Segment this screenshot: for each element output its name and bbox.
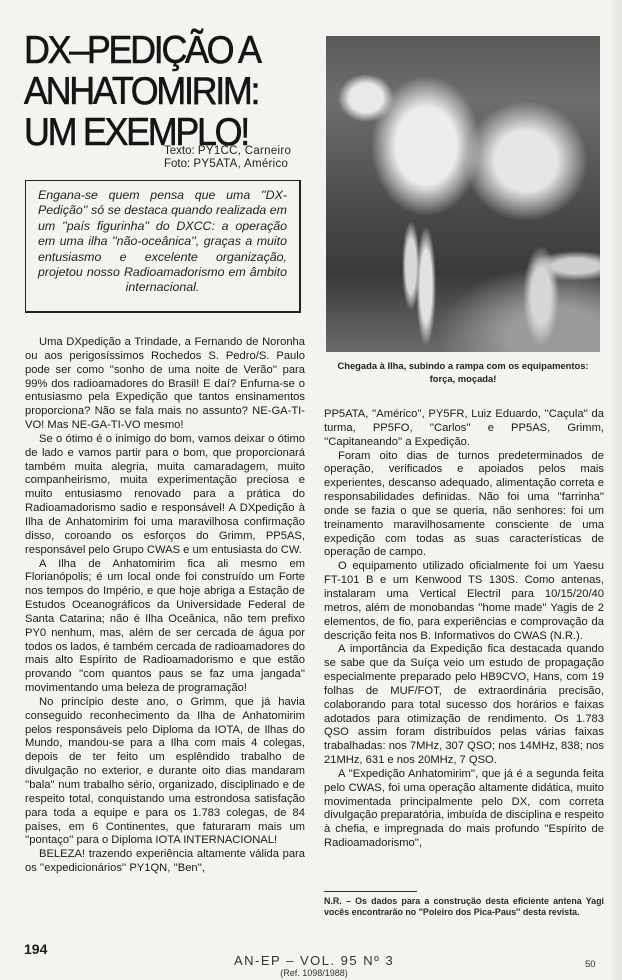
- photo-credit: Foto: PY5ATA, Américo: [164, 158, 306, 171]
- paragraph: Foram oito dias de turnos predeterminado…: [324, 450, 604, 561]
- page-number-left: 194: [24, 941, 47, 957]
- footnote-divider: [324, 891, 417, 892]
- paragraph: BELEZA! trazendo experiência altamente v…: [25, 848, 305, 876]
- paragraph: Se o ótimo é o inimigo do bom, vamos dei…: [25, 433, 305, 558]
- article-credits: Texto: PY1CC, Carneiro Foto: PY5ATA, Amé…: [164, 145, 306, 171]
- paragraph-continuation: PP5ATA, ''Américo'', PY5FR, Luiz Eduardo…: [324, 408, 604, 450]
- lead-box: Engana-se quem pensa que uma ''DX-Pediçã…: [25, 180, 301, 313]
- paragraph: No princípio deste ano, o Grimm, que já …: [25, 696, 305, 848]
- photo-credit-author: PY5ATA, Américo: [193, 158, 288, 170]
- paragraph: Uma DXpedição a Trindade, a Fernando de …: [25, 336, 305, 433]
- photo-credit-label: Foto:: [164, 158, 190, 170]
- left-column: Uma DXpedição a Trindade, a Fernando de …: [25, 336, 305, 876]
- journal-reference: AN-EP – VOL. 95 Nº 3 (Ref. 1098/1988): [234, 954, 394, 978]
- paragraph: O equipamento utilizado oficialmente foi…: [324, 560, 604, 643]
- text-credit: Texto: PY1CC, Carneiro: [164, 145, 306, 158]
- expedition-photo: [326, 36, 600, 352]
- title-line: ANHATOMIRIM:: [24, 71, 300, 112]
- text-credit-author: PY1CC, Carneiro: [198, 145, 291, 157]
- title-line: DX–PEDIÇÃO A: [24, 30, 300, 71]
- journal-volume: AN-EP – VOL. 95 Nº 3: [234, 954, 394, 968]
- article-title: DX–PEDIÇÃO A ANHATOMIRIM: UM EXEMPLO!: [24, 30, 300, 153]
- paragraph: A importância da Expedição fica destacad…: [324, 643, 604, 768]
- footnote: N.R. – Os dados para a construção desta …: [324, 896, 604, 918]
- page-number-right: 50: [585, 959, 596, 970]
- right-column: PP5ATA, ''Américo'', PY5FR, Luiz Eduardo…: [324, 408, 604, 851]
- page-edge-shadow: [608, 0, 622, 980]
- text-credit-label: Texto:: [164, 145, 195, 157]
- photo-caption: Chegada à Ilha, subindo a rampa com os e…: [326, 360, 600, 385]
- paragraph: A Ilha de Anhatomirim fica ali mesmo em …: [25, 558, 305, 696]
- paragraph: A ''Expedição Anhatomirim'', que já é a …: [324, 768, 604, 851]
- lead-text: Engana-se quem pensa que uma ''DX-Pediçã…: [38, 188, 287, 294]
- journal-ref-number: (Ref. 1098/1988): [234, 968, 394, 978]
